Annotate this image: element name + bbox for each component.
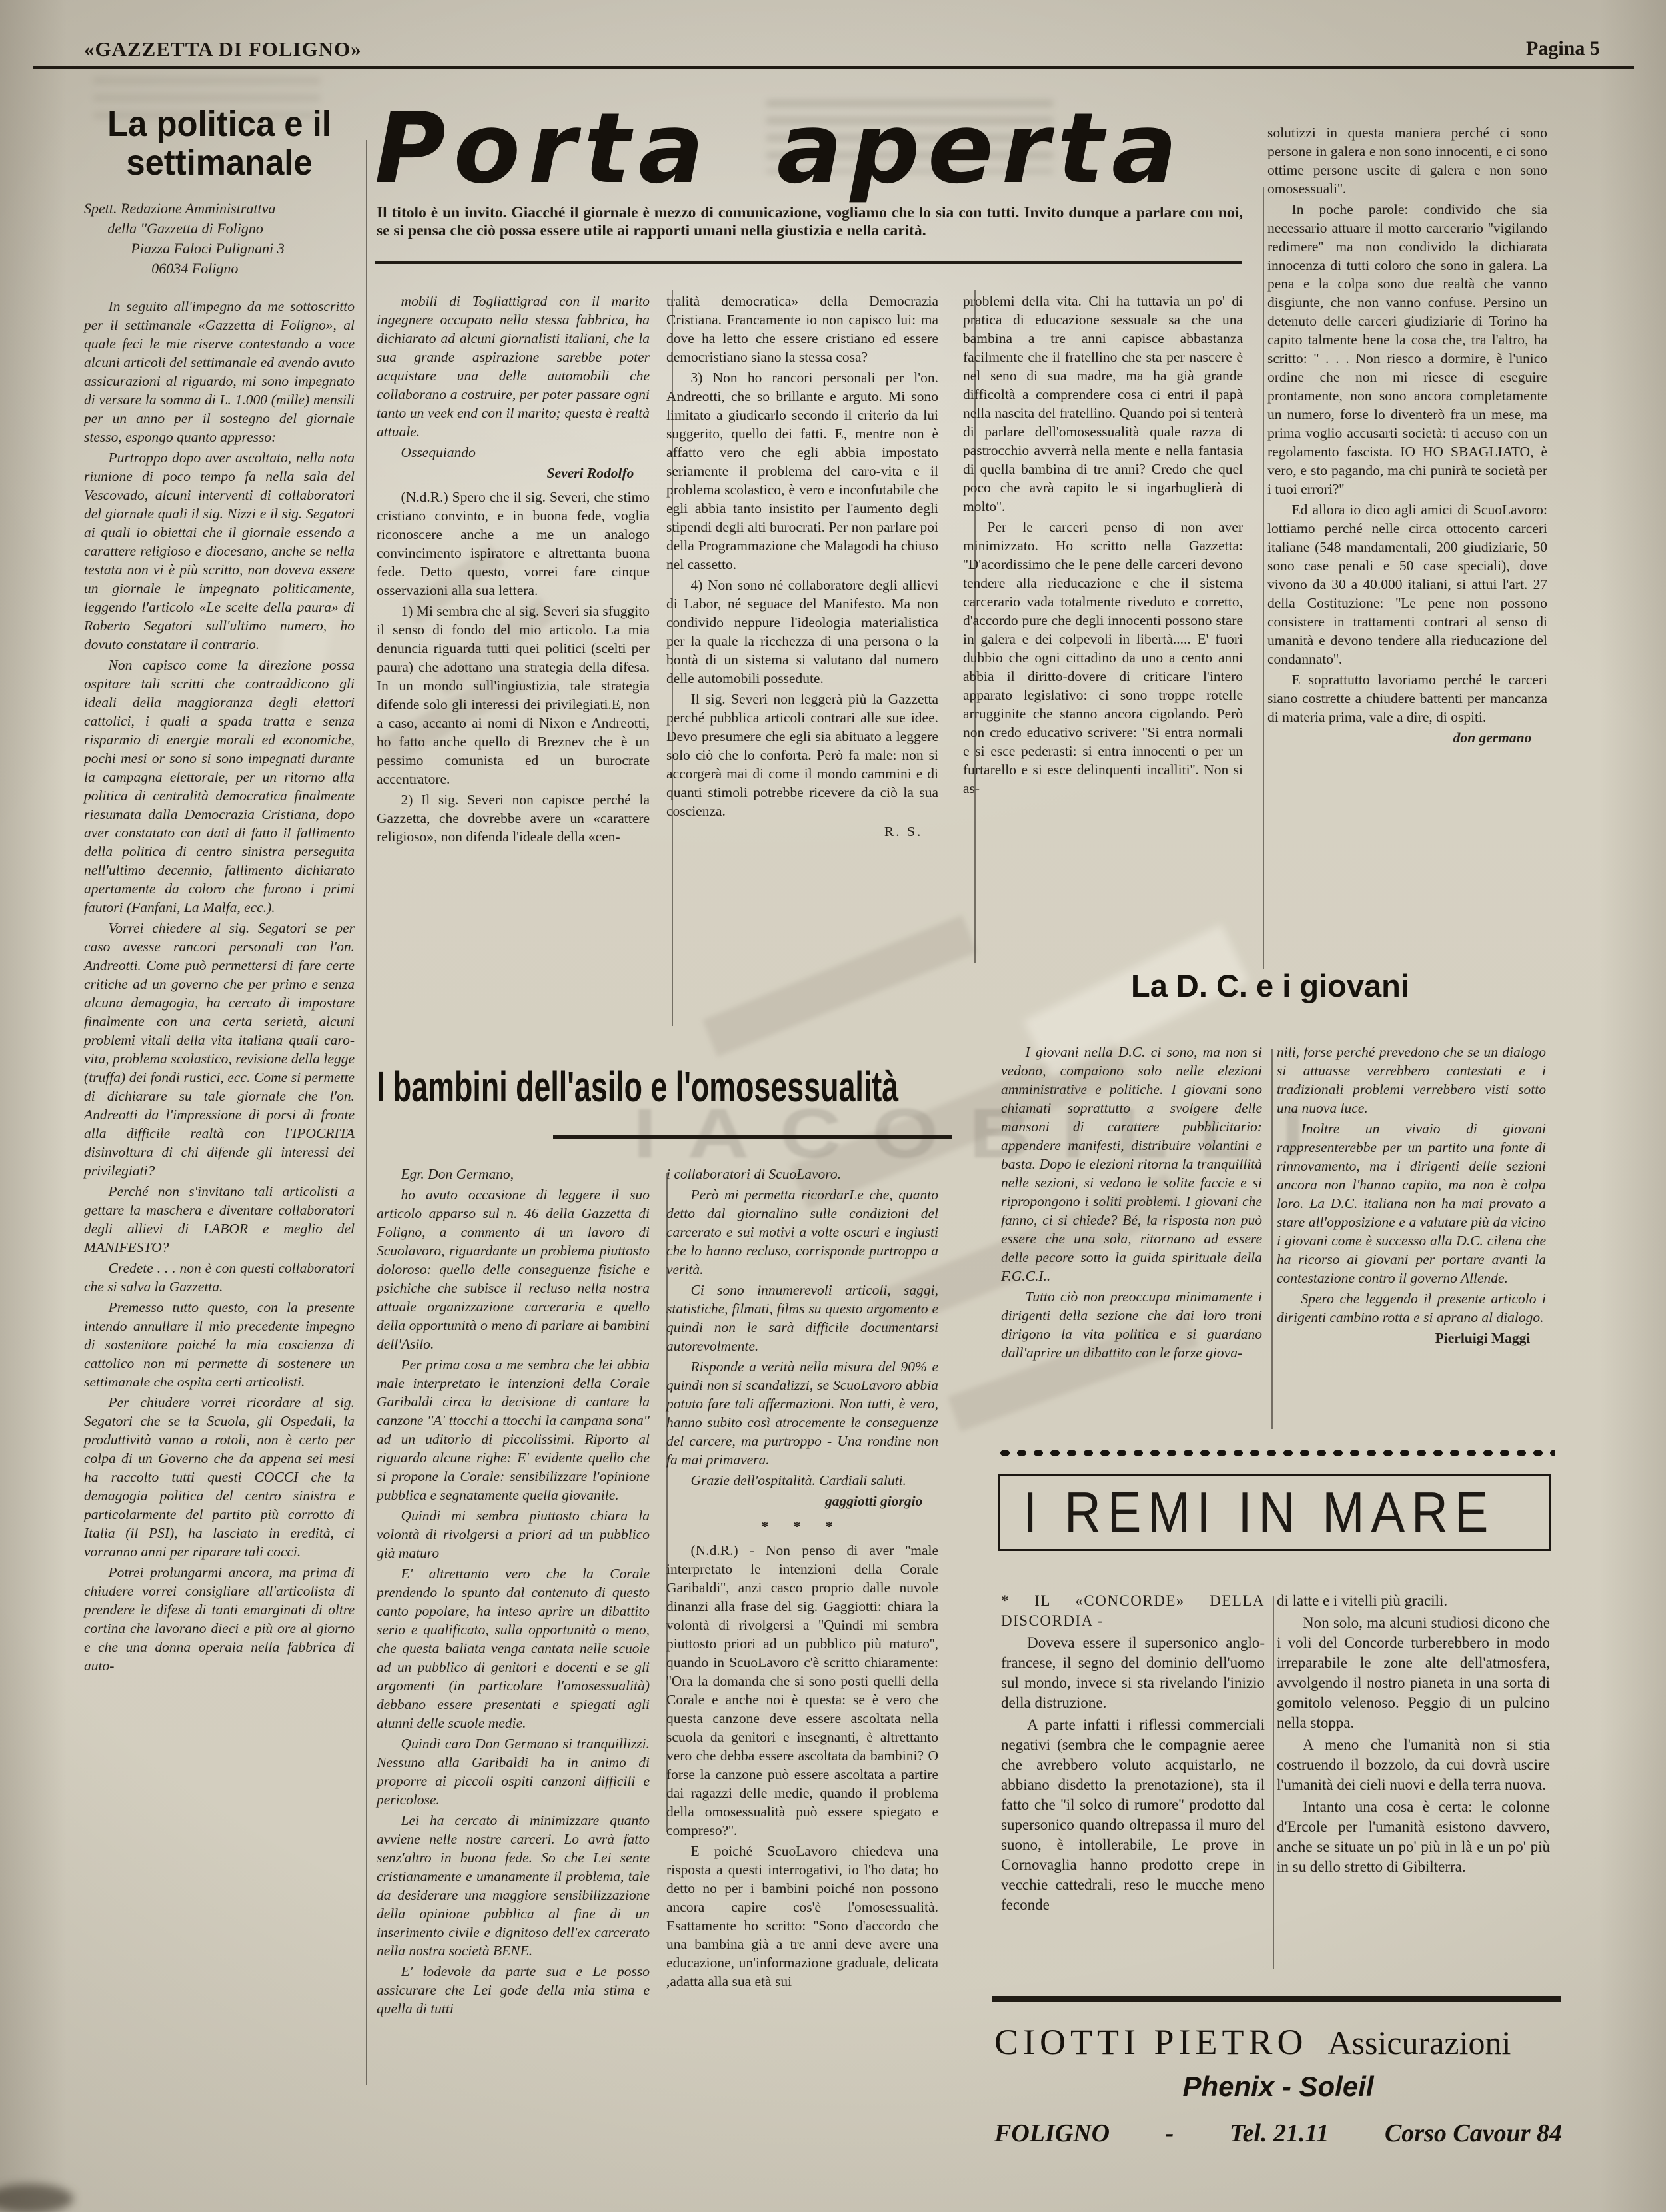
letter-signature: gaggiotti giorgio — [666, 1492, 938, 1510]
article-paragraph: Egr. Don Germano, — [377, 1165, 650, 1183]
letter-address: Spett. Redazione Amministrattva della ''… — [84, 199, 355, 278]
column-divider — [1263, 187, 1264, 969]
ad-brand: Phenix - Soleil — [994, 2071, 1562, 2103]
column-divider — [366, 140, 367, 2085]
article-paragraph: (N.d.R.) Spero che il sig. Severi, che s… — [377, 488, 650, 600]
article-paragraph: Ci sono innumerevoli articoli, saggi, st… — [666, 1281, 938, 1355]
ornamental-divider — [997, 1447, 1555, 1459]
article-paragraph: mobili di Togliattigrad con il marito in… — [377, 292, 650, 441]
article-paragraph: Ossequiando — [377, 443, 650, 462]
ad-company-name: CIOTTI PIETRO — [994, 2021, 1307, 2063]
header-rule — [33, 66, 1634, 69]
masthead: «GAZZETTA DI FOLIGNO» — [84, 37, 362, 61]
letter-signature: Severi Rodolfo — [377, 464, 650, 482]
article-paragraph: Purtroppo dopo aver ascoltato, nella not… — [84, 448, 355, 654]
article-paragraph: 2) Il sig. Severi non capisce perché la … — [377, 790, 650, 846]
article-paragraph: E poiché ScuoLavoro chiedeva una rispost… — [666, 1842, 938, 1991]
article-title: La politica e il settimanale — [92, 105, 347, 183]
article-paragraph: Per chiudere vorrei ricordare al sig. Se… — [84, 1393, 355, 1561]
article-paragraph: Perché non s'invitano tali articolisti a… — [84, 1182, 355, 1257]
ad-phone: Tel. 21.11 — [1230, 2119, 1329, 2148]
editor-signature: R. S. — [666, 822, 938, 841]
article-paragraph: In poche parole: condivido che sia neces… — [1267, 200, 1547, 498]
ad-company-suffix: Assicurazioni — [1327, 2023, 1511, 2062]
ad-contact-line: FOLIGNO - Tel. 21.11 Corso Cavour 84 — [994, 2119, 1562, 2148]
section-headline-dc: La D. C. e i giovani — [1131, 967, 1409, 1004]
article-paragraph: ho avuto occasione di leggere il suo art… — [377, 1185, 650, 1353]
column-bambini-3: i collaboratori di ScuoLavoro. Però mi p… — [666, 1165, 938, 1993]
article-paragraph: Quindi caro Don Germano si tranquillizzi… — [377, 1734, 650, 1809]
article-paragraph: Risponde a verità nella misura del 90% e… — [666, 1357, 938, 1469]
article-paragraph: di latte e i vitelli più gracili. — [1277, 1591, 1550, 1611]
article-paragraph: I giovani nella D.C. ci sono, ma non si … — [1001, 1043, 1262, 1285]
article-paragraph: Non capisco come la direzione possa ospi… — [84, 656, 355, 917]
ad-name-line: CIOTTI PIETRO Assicurazioni — [994, 2021, 1562, 2063]
headline-intro: Il titolo è un invito. Giacché il giorna… — [377, 204, 1243, 240]
article-paragraph: E' lodevole da parte sua e Le posso assi… — [377, 1962, 650, 2018]
intro-rule — [375, 261, 1242, 264]
article-paragraph: Tutto ciò non preoccupa minimamente i di… — [1001, 1287, 1262, 1362]
ad-top-rule — [992, 1996, 1561, 2002]
advertisement-ciotti: CIOTTI PIETRO Assicurazioni Phenix - Sol… — [994, 2021, 1562, 2148]
address-line: Piazza Faloci Pulignani 3 — [84, 239, 355, 259]
article-paragraph: Credete . . . non è con questi collabora… — [84, 1259, 355, 1296]
column-dc-left: I giovani nella D.C. ci sono, ma non si … — [1001, 1043, 1262, 1364]
ad-address: Corso Cavour 84 — [1385, 2119, 1562, 2148]
article-paragraph: solutizzi in questa maniera perché ci so… — [1267, 123, 1547, 198]
remi-in-mare-box: I REMI IN MARE — [998, 1474, 1551, 1551]
author-signature: Pierluigi Maggi — [1277, 1329, 1546, 1347]
article-paragraph: 4) Non sono né collaboratore degli allie… — [666, 576, 938, 688]
article-paragraph: E' altrettanto vero che la Corale prende… — [377, 1564, 650, 1732]
column-porta-aperta-4: problemi della vita. Chi ha tuttavia un … — [963, 292, 1243, 800]
article-paragraph: Per prima cosa a me sembra che lei abbia… — [377, 1355, 650, 1504]
headline-underline — [553, 1135, 952, 1139]
article-paragraph: Premesso tutto questo, con la presente i… — [84, 1298, 355, 1391]
column-porta-aperta-2: mobili di Togliattigrad con il marito in… — [377, 292, 650, 848]
article-paragraph: A parte infatti i riflessi commerciali n… — [1001, 1715, 1265, 1915]
article-kicker: * IL «CONCORDE» DELLA DISCORDIA - — [1001, 1591, 1265, 1631]
article-paragraph: Vorrei chiedere al sig. Segatori se per … — [84, 919, 355, 1180]
edge-smudge — [0, 2184, 73, 2212]
article-paragraph: Inoltre un vivaio di giovani rappresente… — [1277, 1119, 1546, 1287]
address-line: 06034 Foligno — [84, 259, 355, 278]
column-concorde-left: * IL «CONCORDE» DELLA DISCORDIA - Doveva… — [1001, 1591, 1265, 1917]
ad-separator: - — [1166, 2119, 1174, 2148]
article-paragraph: nili, forse perché prevedono che se un d… — [1277, 1043, 1546, 1117]
newspaper-page: IACOBILLI «GAZZETTA DI FOLIGNO» Pagina 5… — [0, 0, 1666, 2212]
column-porta-aperta-5: solutizzi in questa maniera perché ci so… — [1267, 123, 1547, 752]
article-paragraph: Lei ha cercato di minimizzare quanto avv… — [377, 1811, 650, 1960]
article-paragraph: 3) Non ho rancori personali per l'on. An… — [666, 368, 938, 574]
column-porta-aperta-3: tralità democratica» della Democrazia Cr… — [666, 292, 938, 846]
column-la-politica: La politica e il settimanale Spett. Reda… — [84, 105, 355, 1677]
article-paragraph: (N.d.R.) - Non penso di aver ''male inte… — [666, 1541, 938, 1840]
column-dc-right: nili, forse perché prevedono che se un d… — [1277, 1043, 1546, 1353]
column-concorde-right: di latte e i vitelli più gracili. Non so… — [1277, 1591, 1550, 1879]
article-paragraph: Grazie dell'ospitalità. Cardiali saluti. — [666, 1471, 938, 1490]
article-paragraph: Ed allora io dico agli amici di ScuoLavo… — [1267, 500, 1547, 668]
article-paragraph: problemi della vita. Chi ha tuttavia un … — [963, 292, 1243, 516]
article-paragraph: i collaboratori di ScuoLavoro. — [666, 1165, 938, 1183]
article-paragraph: Intanto una cosa è certa: le colonne d'E… — [1277, 1797, 1550, 1877]
section-headline-bambini: I bambini dell'asilo e l'omosessualità — [377, 1062, 898, 1111]
article-paragraph: Quindi mi sembra piuttosto chiara la vol… — [377, 1506, 650, 1562]
article-paragraph: A meno che l'umanità non si stia costrue… — [1277, 1735, 1550, 1795]
article-paragraph: 1) Mi sembra che al sig. Severi sia sfug… — [377, 602, 650, 788]
page-number: Pagina 5 — [1526, 37, 1600, 60]
address-line: della ''Gazzetta di Foligno — [84, 219, 355, 239]
article-paragraph: tralità democratica» della Democrazia Cr… — [666, 292, 938, 366]
main-headline: Porta aperta — [375, 92, 1248, 205]
article-paragraph: Doveva essere il supersonico anglo-franc… — [1001, 1633, 1265, 1713]
column-bambini-2: Egr. Don Germano, ho avuto occasione di … — [377, 1165, 650, 2020]
article-paragraph: Non solo, ma alcuni studiosi dicono che … — [1277, 1613, 1550, 1733]
paper-stain — [702, 915, 977, 1057]
article-paragraph: Per le carceri penso di non aver minimiz… — [963, 518, 1243, 798]
article-paragraph: Però mi permetta ricordarLe che, quanto … — [666, 1185, 938, 1279]
box-title: I REMI IN MARE — [1023, 1480, 1495, 1544]
article-paragraph: Spero che leggendo il presente articolo … — [1277, 1289, 1546, 1327]
article-paragraph: Potrei prolungarmi ancora, ma prima di c… — [84, 1563, 355, 1675]
article-paragraph: In seguito all'impegno da me sottoscritt… — [84, 297, 355, 446]
article-paragraph: Il sig. Severi non leggerà più la Gazzet… — [666, 690, 938, 820]
address-line: Spett. Redazione Amministrattva — [84, 199, 355, 219]
section-separator-stars: * * * — [666, 1517, 938, 1536]
ad-city: FOLIGNO — [994, 2119, 1110, 2148]
column-divider — [1273, 1596, 1274, 1969]
article-paragraph: E soprattutto lavoriamo perché le carcer… — [1267, 670, 1547, 726]
editor-signature: don germano — [1267, 728, 1547, 747]
column-divider — [1271, 1049, 1273, 1429]
